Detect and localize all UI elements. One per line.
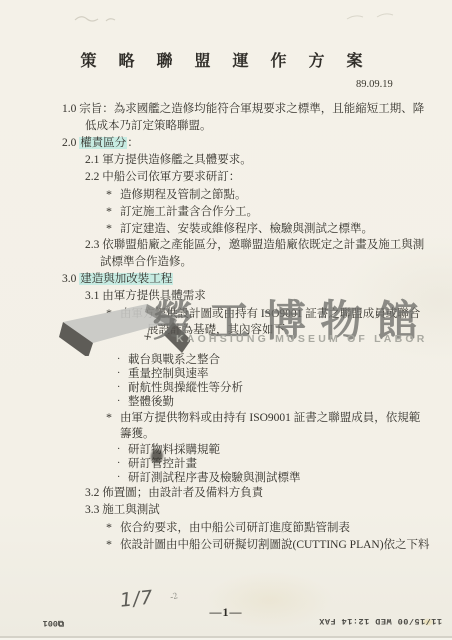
fax-page-counter: ⧉001: [18, 618, 64, 628]
page-title: 策 略 聯 盟 運 作 方 案: [0, 48, 452, 71]
doc-line: *訂定施工計畫含合作分工。: [106, 203, 452, 220]
doc-line: ·重量控制與速率: [117, 367, 452, 381]
doc-line: 試標準合作造修。: [100, 254, 452, 271]
dot-bullet: ·: [117, 381, 128, 395]
doc-line: ·研訂管控計畫: [117, 457, 452, 471]
star-bullet: *: [106, 519, 120, 536]
doc-line: 2.1 軍方提供造修艦之具體要求。: [85, 152, 452, 169]
star-bullet: *: [106, 409, 120, 426]
star-bullet: *: [106, 203, 120, 220]
doc-line: 3.0 建造與加改裝工程: [62, 271, 452, 288]
pencil-scribble-top-left: [72, 12, 122, 28]
document-date: 89.09.19: [356, 79, 393, 90]
highlighted-heading: 權責區分: [79, 137, 127, 149]
doc-line: 3.2 佈置圖；由設計者及備料方負責: [85, 485, 452, 502]
star-bullet: *: [106, 186, 120, 203]
dot-bullet: ·: [117, 457, 128, 471]
handwritten-page-fraction: 1/7: [119, 586, 155, 611]
doc-line: 2.0 權責區分：: [62, 135, 452, 152]
doc-line: ·研訂物料採購規範: [117, 443, 452, 457]
doc-line: 籌獲。: [120, 426, 452, 443]
doc-line: 低成本乃訂定策略聯盟。: [85, 118, 452, 135]
fax-timestamp: 11/15/00 WED 12:14 FAX: [298, 616, 442, 626]
doc-line: 1.0 宗旨：為求國艦之造修均能符合軍規要求之標準，且能縮短工期、降: [62, 101, 452, 118]
star-bullet: *: [106, 220, 120, 237]
dot-bullet: ·: [117, 367, 128, 381]
pencil-scribble-top-right: [345, 10, 405, 24]
handwritten-small-note: -2: [169, 590, 179, 602]
highlighted-heading: 建造與加改裝工程: [79, 273, 173, 285]
doc-line: 2.2 中船公司依軍方要求研訂：: [85, 169, 452, 186]
doc-line: *依設計圖由中船公司研擬切割圖說(CUTTING PLAN)依之下料: [106, 536, 452, 553]
doc-line: ·耐航性與操縱性等分析: [117, 381, 452, 395]
doc-line: *由軍方提供物料或由持有 ISO9001 証書之聯盟成員，依規範: [106, 409, 452, 426]
doc-line: *依合約要求，由中船公司研訂進度節點管制表: [106, 519, 452, 536]
doc-line: ·研訂測試程序書及檢驗與測試標準: [117, 471, 452, 485]
doc-line: ·整體後勤: [117, 395, 452, 409]
dot-bullet: ·: [117, 471, 128, 485]
dot-bullet: ·: [117, 395, 128, 409]
doc-line: *造修期程及管制之節點。: [106, 186, 452, 203]
doc-line: *訂定建造、安裝或維修程序、檢驗與測試之標準。: [106, 220, 452, 237]
doc-line: 3.3 施工與測試: [85, 502, 452, 519]
watermark-latin-text: KAOHSIUNG MUSEUM OF LABOR: [176, 333, 428, 345]
doc-line: 2.3 依聯盟船廠之產能區分，邀聯盟造船廠依既定之計畫及施工與測: [85, 237, 452, 254]
dot-bullet: ·: [117, 443, 128, 457]
star-bullet: *: [106, 536, 120, 553]
scanned-document-page: 策 略 聯 盟 運 作 方 案 89.09.19 1.0 宗旨：為求國艦之造修均…: [0, 0, 452, 638]
